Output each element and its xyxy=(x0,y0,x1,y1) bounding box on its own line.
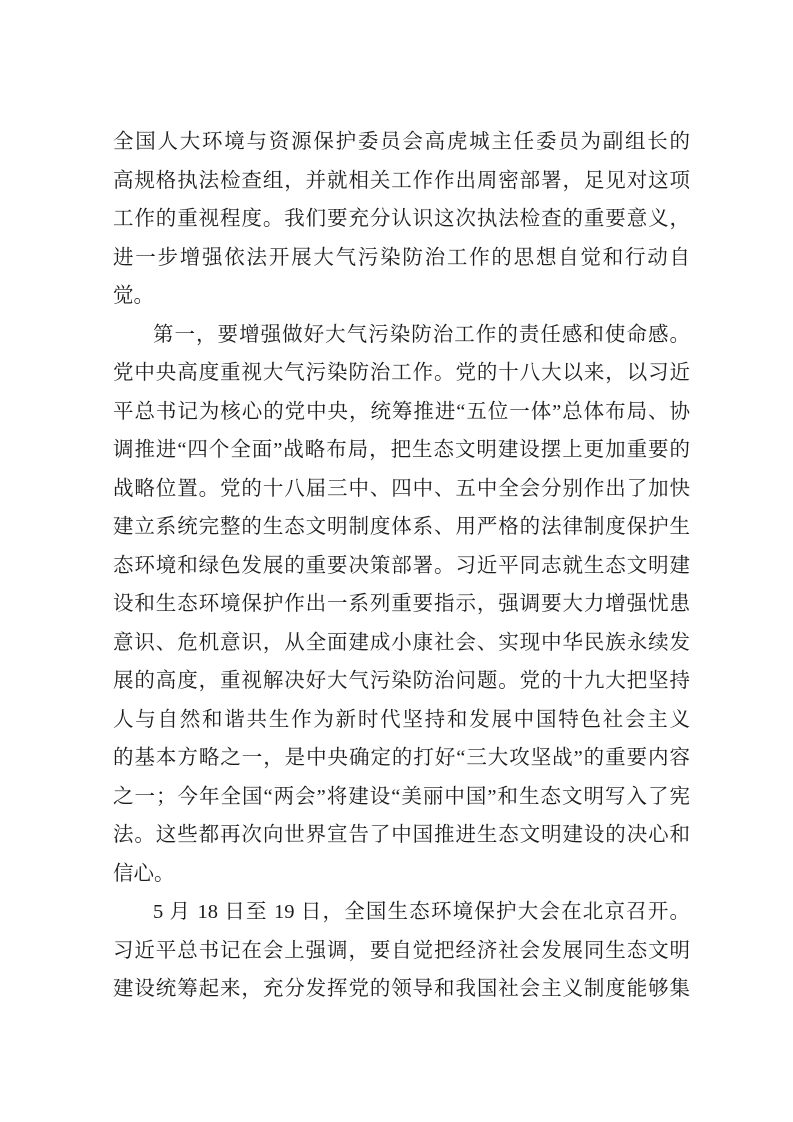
text-line: 建立系统完整的生态文明制度体系、用严格的法律制度保护生 xyxy=(113,508,690,547)
text-line: 工作的重视程度。我们要充分认识这次执法检查的重要意义， xyxy=(113,200,690,239)
document-body: 全国人大环境与资源保护委员会高虎城主任委员为副组长的高规格执法检查组，并就相关工… xyxy=(113,123,690,1009)
text-line: 战略位置。党的十八届三中、四中、五中全会分别作出了加快 xyxy=(113,470,690,509)
text-line: 意识、危机意识，从全面建成小康社会、实现中华民族永续发 xyxy=(113,624,690,663)
paragraph: 5 月 18 日至 19 日，全国生态环境保护大会在北京召开。习近平总书记在会上… xyxy=(113,893,690,1009)
text-line: 高规格执法检查组，并就相关工作作出周密部署，足见对这项 xyxy=(113,162,690,201)
text-line: 建设统筹起来，充分发挥党的领导和我国社会主义制度能够集 xyxy=(113,970,690,1009)
text-line: 觉。 xyxy=(113,277,690,316)
text-line: 第一，要增强做好大气污染防治工作的责任感和使命感。 xyxy=(113,316,690,355)
text-line: 平总书记为核心的党中央，统筹推进“五位一体”总体布局、协 xyxy=(113,393,690,432)
text-line: 5 月 18 日至 19 日，全国生态环境保护大会在北京召开。 xyxy=(113,893,690,932)
text-line: 调推进“四个全面”战略布局，把生态文明建设摆上更加重要的 xyxy=(113,431,690,470)
text-line: 信心。 xyxy=(113,855,690,894)
text-line: 之一；今年全国“两会”将建设“美丽中国”和生态文明写入了宪 xyxy=(113,778,690,817)
text-line: 进一步增强依法开展大气污染防治工作的思想自觉和行动自 xyxy=(113,239,690,278)
document-page: 全国人大环境与资源保护委员会高虎城主任委员为副组长的高规格执法检查组，并就相关工… xyxy=(0,0,793,1122)
text-line: 展的高度，重视解决好大气污染防治问题。党的十九大把坚持 xyxy=(113,662,690,701)
text-line: 设和生态环境保护作出一系列重要指示，强调要大力增强忧患 xyxy=(113,585,690,624)
paragraph: 第一，要增强做好大气污染防治工作的责任感和使命感。党中央高度重视大气污染防治工作… xyxy=(113,316,690,894)
text-line: 的基本方略之一，是中央确定的打好“三大攻坚战”的重要内容 xyxy=(113,739,690,778)
text-line: 习近平总书记在会上强调，要自觉把经济社会发展同生态文明 xyxy=(113,932,690,971)
text-line: 态环境和绿色发展的重要决策部署。习近平同志就生态文明建 xyxy=(113,547,690,586)
text-line: 人与自然和谐共生作为新时代坚持和发展中国特色社会主义 xyxy=(113,701,690,740)
text-line: 全国人大环境与资源保护委员会高虎城主任委员为副组长的 xyxy=(113,123,690,162)
paragraph: 全国人大环境与资源保护委员会高虎城主任委员为副组长的高规格执法检查组，并就相关工… xyxy=(113,123,690,316)
text-line: 党中央高度重视大气污染防治工作。党的十八大以来，以习近 xyxy=(113,354,690,393)
text-line: 法。这些都再次向世界宣告了中国推进生态文明建设的决心和 xyxy=(113,816,690,855)
